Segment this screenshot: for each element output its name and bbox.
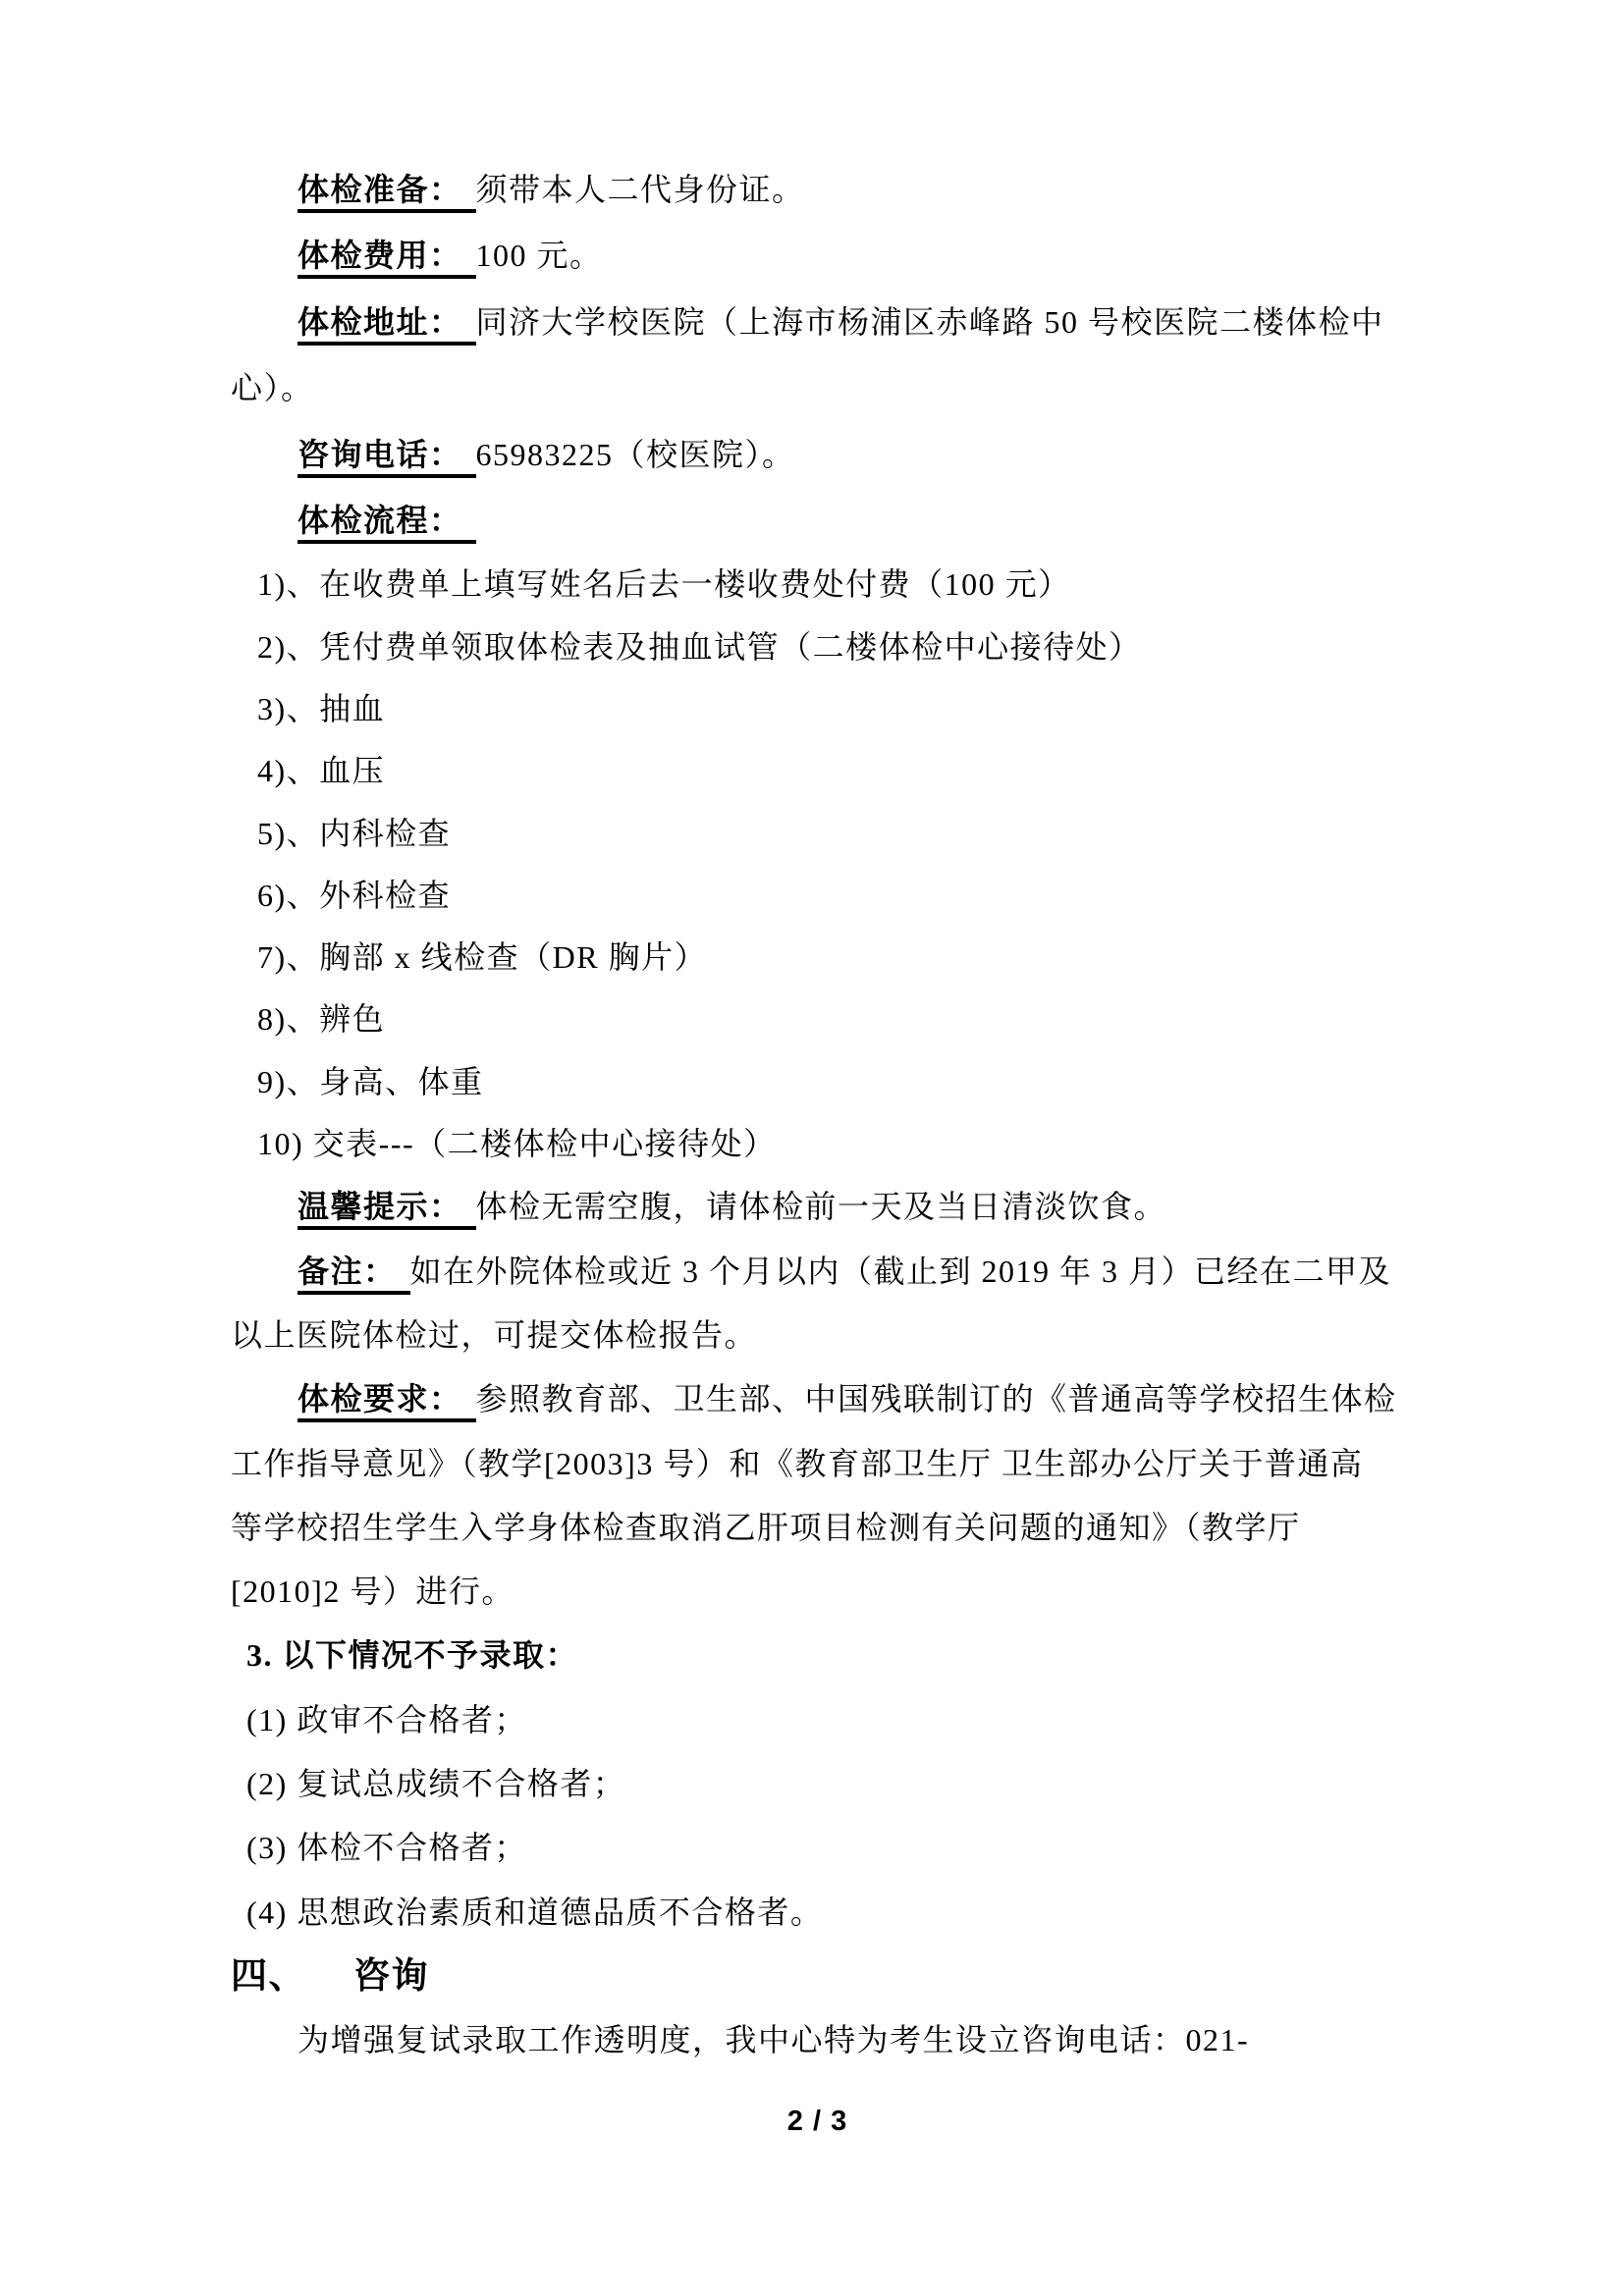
line-tijian-liucheng: 体检流程： [231, 488, 1404, 554]
text-tijian-yaoqiu: 参照教育部、卫生部、中国残联制订的《普通高等学校招生体检 [476, 1381, 1397, 1416]
line-liucheng-step-9: 9)、身高、体重 [231, 1051, 1404, 1113]
text-liucheng-step-10: 10) 交表---（二楼体检中心接待处） [257, 1126, 777, 1161]
label-zixun-dianhua: 咨询电话： [298, 437, 476, 478]
text-buyu-luqu-item-4: (4) 思想政治素质和道德品质不合格者。 [246, 1895, 823, 1930]
text-buyu-luqu-heading: 3. 以下情况不予录取： [246, 1637, 578, 1673]
line-beizhu: 备注：如在外院体检或近 3 个月以内（截止到 2019 年 3 月）已经在二甲及 [231, 1240, 1404, 1304]
page-number-text: 2 / 3 [787, 2106, 847, 2137]
label-tijian-yaoqiu: 体检要求： [298, 1381, 476, 1422]
text-buyu-luqu-item-1: (1) 政审不合格者； [246, 1702, 527, 1737]
page-number: 2 / 3 [231, 2090, 1404, 2154]
text-buyu-luqu-item-2: (2) 复试总成绩不合格者； [246, 1766, 625, 1801]
label-tijian-liucheng: 体检流程： [298, 503, 476, 544]
line-tijian-yaoqiu-cont-3: [2010]2 号）进行。 [231, 1560, 1404, 1624]
document-page: 体检准备：须带本人二代身份证。 体检费用：100 元。 体检地址：同济大学校医院… [0, 0, 1624, 2296]
text-liucheng-step-1: 1)、在收费单上填写姓名后去一楼收费处付费（100 元） [257, 566, 1071, 602]
line-buyu-luqu-item-2: (2) 复试总成绩不合格者； [231, 1752, 1404, 1816]
text-tijian-zhunbei: 须带本人二代身份证。 [476, 172, 805, 207]
line-liucheng-step-4: 4)、血压 [231, 740, 1404, 802]
line-liucheng-step-1: 1)、在收费单上填写姓名后去一楼收费处付费（100 元） [231, 554, 1404, 615]
line-buyu-luqu-item-3: (3) 体检不合格者； [231, 1816, 1404, 1880]
line-buyu-luqu-heading: 3. 以下情况不予录取： [231, 1624, 1404, 1687]
line-tijian-yaoqiu-cont-1: 工作指导意见》（教学[2003]3 号）和《教育部卫生厅 卫生部办公厅关于普通高 [231, 1432, 1404, 1496]
line-tijian-feiyong: 体检费用：100 元。 [231, 223, 1404, 289]
line-buyu-luqu-item-1: (1) 政审不合格者； [231, 1688, 1404, 1752]
text-liucheng-step-9: 9)、身高、体重 [257, 1064, 484, 1099]
text-liucheng-step-2: 2)、凭付费单领取体检表及抽血试管（二楼体检中心接待处） [257, 629, 1142, 665]
text-liucheng-step-6: 6)、外科检查 [257, 878, 451, 913]
label-tijian-dizhi: 体检地址： [298, 304, 476, 346]
line-liucheng-step-2: 2)、凭付费单领取体检表及抽血试管（二楼体检中心接待处） [231, 616, 1404, 678]
text-buyu-luqu-item-3: (3) 体检不合格者； [246, 1830, 527, 1865]
section-title: 咨询 [353, 1956, 429, 1997]
text-liucheng-step-4: 4)、血压 [257, 753, 385, 788]
text-liucheng-step-3: 3)、抽血 [257, 691, 385, 726]
line-liucheng-step-5: 5)、内科检查 [231, 803, 1404, 865]
line-liucheng-step-6: 6)、外科检查 [231, 865, 1404, 927]
text-tijian-yaoqiu-cont-1: 工作指导意见》（教学[2003]3 号）和《教育部卫生厅 卫生部办公厅关于普通高 [231, 1446, 1363, 1481]
text-tijian-feiyong: 100 元。 [476, 238, 603, 273]
label-tijian-zhunbei: 体检准备： [298, 172, 476, 213]
text-liucheng-step-8: 8)、辨色 [257, 1001, 385, 1037]
line-tijian-zhunbei: 体检准备：须带本人二代身份证。 [231, 157, 1404, 223]
label-tijian-feiyong: 体检费用： [298, 238, 476, 279]
line-liucheng-step-7: 7)、胸部 x 线检查（DR 胸片） [231, 927, 1404, 988]
line-liucheng-step-8: 8)、辨色 [231, 988, 1404, 1050]
line-liucheng-step-10: 10) 交表---（二楼体检中心接待处） [231, 1113, 1404, 1175]
text-beizhu-cont: 以上医院体检过，可提交体检报告。 [231, 1317, 757, 1353]
label-beizhu: 备注： [298, 1254, 410, 1295]
line-tijian-dizhi: 体检地址：同济大学校医院（上海市杨浦区赤峰路 50 号校医院二楼体检中 [231, 290, 1404, 355]
text-beizhu: 如在外院体检或近 3 个月以内（截止到 2019 年 3 月）已经在二甲及 [410, 1254, 1392, 1289]
document-body: 体检准备：须带本人二代身份证。 体检费用：100 元。 体检地址：同济大学校医院… [231, 157, 1404, 2155]
text-liucheng-step-5: 5)、内科检查 [257, 816, 451, 851]
section-number: 四、 [231, 1956, 306, 1997]
line-zixun-body: 为增强复试录取工作透明度，我中心特为考生设立咨询电话：021- [231, 2008, 1404, 2072]
label-wenxin-tishi: 温馨提示： [298, 1189, 476, 1230]
heading-zixun: 四、咨询 [231, 1945, 1404, 2008]
text-tijian-dizhi-cont: 心）。 [231, 370, 314, 405]
line-tijian-dizhi-cont: 心）。 [231, 355, 1404, 421]
line-tijian-yaoqiu-cont-2: 等学校招生学生入学身体检查取消乙肝项目检测有关问题的通知》（教学厅 [231, 1496, 1404, 1560]
text-wenxin-tishi: 体检无需空腹，请体检前一天及当日清淡饮食。 [476, 1189, 1167, 1224]
text-zixun-dianhua: 65983225（校医院）。 [476, 437, 795, 472]
line-tijian-yaoqiu: 体检要求：参照教育部、卫生部、中国残联制订的《普通高等学校招生体检 [231, 1367, 1404, 1431]
line-buyu-luqu-item-4: (4) 思想政治素质和道德品质不合格者。 [231, 1881, 1404, 1945]
text-tijian-yaoqiu-cont-3: [2010]2 号）进行。 [231, 1574, 514, 1609]
text-tijian-dizhi: 同济大学校医院（上海市杨浦区赤峰路 50 号校医院二楼体检中 [476, 304, 1384, 340]
text-tijian-yaoqiu-cont-2: 等学校招生学生入学身体检查取消乙肝项目检测有关问题的通知》（教学厅 [231, 1510, 1301, 1545]
line-zixun-dianhua: 咨询电话：65983225（校医院）。 [231, 422, 1404, 488]
line-beizhu-cont: 以上医院体检过，可提交体检报告。 [231, 1304, 1404, 1367]
text-liucheng-step-7: 7)、胸部 x 线检查（DR 胸片） [257, 939, 707, 975]
line-wenxin-tishi: 温馨提示：体检无需空腹，请体检前一天及当日清淡饮食。 [231, 1175, 1404, 1239]
line-liucheng-step-3: 3)、抽血 [231, 678, 1404, 740]
text-zixun-body: 为增强复试录取工作透明度，我中心特为考生设立咨询电话：021- [298, 2022, 1249, 2057]
